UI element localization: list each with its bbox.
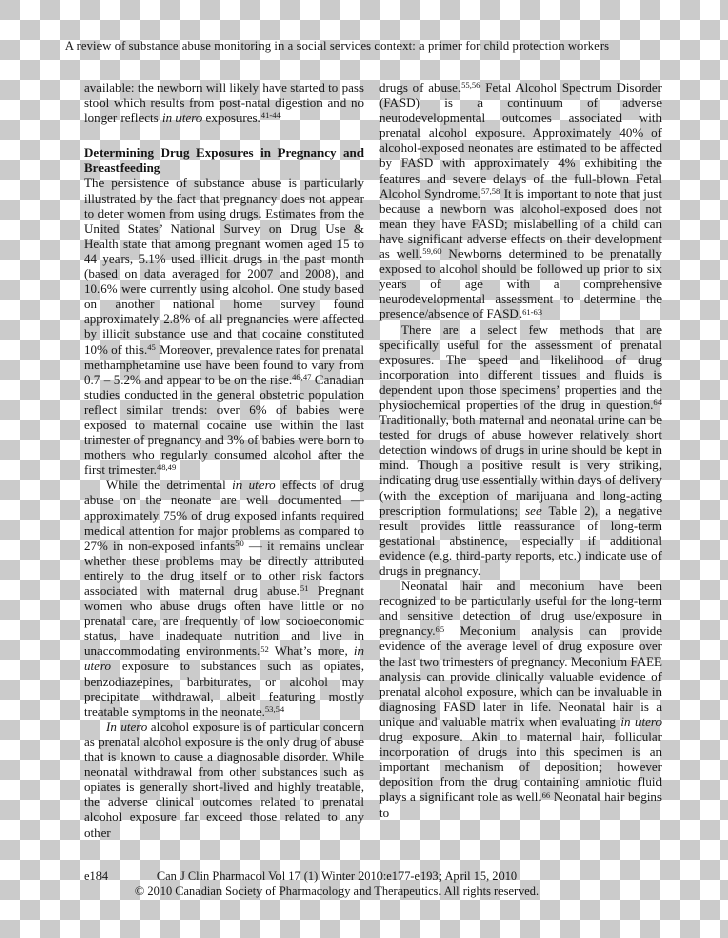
journal-page: A review of substance abuse monitoring i… bbox=[0, 0, 728, 938]
left-column: available: the newborn will likely have … bbox=[84, 80, 364, 840]
two-column-body: available: the newborn will likely have … bbox=[84, 80, 662, 840]
paragraph-methods: There are a select few methods that are … bbox=[379, 322, 662, 579]
section-heading: Determining Drug Exposures in Pregnancy … bbox=[84, 145, 364, 175]
copyright-line: © 2010 Canadian Society of Pharmacology … bbox=[0, 884, 674, 899]
page-footer: e184 Can J Clin Pharmacol Vol 17 (1) Win… bbox=[0, 869, 728, 899]
paragraph-neonatal-hair: Neonatal hair and meconium have been rec… bbox=[379, 578, 662, 820]
paragraph-in-utero-alcohol: In utero alcohol exposure is of particul… bbox=[84, 719, 364, 840]
paragraph-fasd: drugs of abuse.55,56 Fetal Alcohol Spect… bbox=[379, 80, 662, 322]
right-column: drugs of abuse.55,56 Fetal Alcohol Spect… bbox=[379, 80, 662, 840]
paragraph-while-detrimental: While the detrimental in utero effects o… bbox=[84, 477, 364, 719]
page-number: e184 bbox=[84, 869, 108, 884]
paragraph-persistence: The persistence of substance abuse is pa… bbox=[84, 175, 364, 477]
paragraph-continuation: available: the newborn will likely have … bbox=[84, 80, 364, 125]
running-head: A review of substance abuse monitoring i… bbox=[0, 39, 674, 53]
